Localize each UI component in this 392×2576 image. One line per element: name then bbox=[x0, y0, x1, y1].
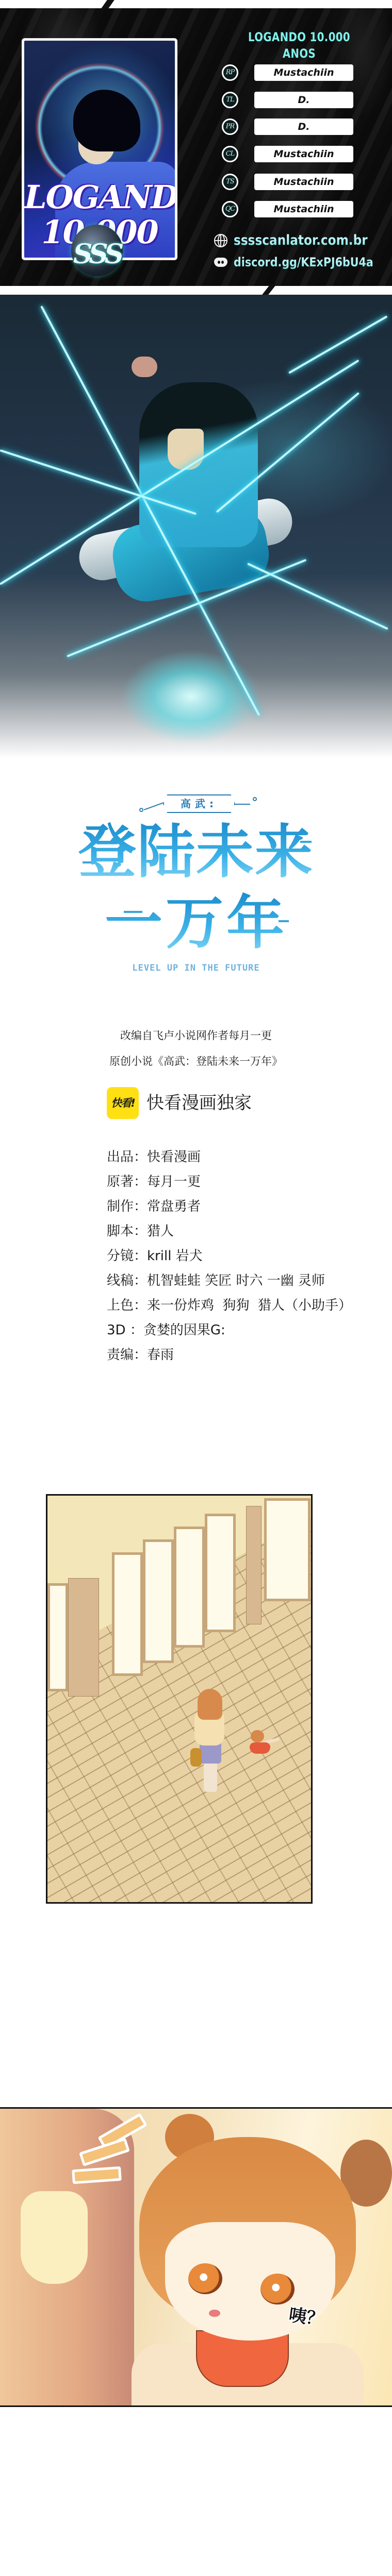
publisher-exclusive-label: 快看漫画独家 bbox=[146, 1091, 252, 1115]
adaptation-note: 改编自飞卢小说网作者每月一更 bbox=[0, 1028, 392, 1043]
shop-window bbox=[47, 1583, 68, 1691]
child-character bbox=[249, 1730, 280, 1761]
kuaikan-logo: 快看! bbox=[107, 1087, 139, 1119]
lightning-bolt bbox=[288, 315, 388, 374]
series-title-line1: LOGANDO 10.000 ANOS bbox=[232, 29, 367, 62]
title-logo-subtitle: LEVEL UP IN THE FUTURE bbox=[0, 962, 392, 974]
title-logo-line2: 一万年 bbox=[0, 891, 392, 955]
staff-name: Mustachiin bbox=[254, 201, 353, 217]
staff-name: Mustachiin bbox=[254, 146, 353, 162]
website-link[interactable]: sssscanlator.com.br bbox=[214, 234, 389, 247]
staff-name: D. bbox=[254, 118, 353, 135]
shop-window bbox=[264, 1498, 311, 1601]
credit-line: 上色：来一份炸鸡 狗狗 猎人（小助手） bbox=[107, 1293, 352, 1318]
girl-eye bbox=[188, 2263, 222, 2294]
credit-line: 原著：每月一更 bbox=[107, 1170, 352, 1194]
girl-mouth bbox=[209, 2310, 220, 2317]
role-badge: TL bbox=[222, 92, 238, 108]
credit-line: 脚本：猎人 bbox=[107, 1219, 352, 1244]
circuit-wire bbox=[144, 802, 164, 810]
shop-window bbox=[143, 1539, 174, 1663]
circuit-wire bbox=[235, 804, 250, 805]
handbag bbox=[190, 1748, 202, 1767]
role-badge: PR bbox=[222, 118, 238, 135]
title-logo-line1: 登陆未来 bbox=[0, 820, 392, 884]
production-credits: 出品：快看漫画 原著：每月一更 制作：常盘勇者 脚本：猎人 分镜：krill 岩… bbox=[107, 1145, 352, 1367]
credit-line: 制作：常盘勇者 bbox=[107, 1194, 352, 1219]
credit-line: 责编：春雨 bbox=[107, 1343, 352, 1367]
lightning-bolt bbox=[247, 563, 388, 630]
building-pillar bbox=[68, 1578, 99, 1697]
shop-window bbox=[205, 1514, 236, 1632]
adult-hand bbox=[21, 2191, 88, 2284]
shop-window bbox=[174, 1527, 205, 1648]
discord-icon bbox=[214, 258, 227, 267]
original-novel-note: 原创小说《高武：登陆未来一万年》 bbox=[0, 1054, 392, 1069]
credit-line: 出品：快看漫画 bbox=[107, 1145, 352, 1170]
staff-name: D. bbox=[254, 92, 353, 108]
staff-name: Mustachiin bbox=[254, 174, 353, 190]
circuit-node-icon bbox=[253, 797, 257, 801]
building-pillar bbox=[246, 1506, 262, 1624]
globe-icon bbox=[214, 234, 227, 247]
discord-link-text[interactable]: discord.gg/KExPJ6bU4a bbox=[234, 256, 373, 269]
credit-line: 线稿：机智蛙蛙 笑匠 时六 一幽 灵师 bbox=[107, 1268, 352, 1293]
staff-row-tl: TL D. bbox=[222, 92, 356, 108]
role-badge: CL bbox=[222, 146, 238, 162]
shop-window bbox=[112, 1552, 143, 1676]
staff-row-qc: QC Mustachiin bbox=[222, 201, 356, 217]
staff-row-rp: RP Mustachiin bbox=[222, 64, 356, 81]
street-scene-panel bbox=[46, 1494, 313, 1904]
discord-link[interactable]: discord.gg/KExPJ6bU4a bbox=[214, 256, 392, 269]
girl-closeup-panel: 咦？ bbox=[0, 2107, 392, 2407]
mother-character bbox=[194, 1689, 225, 1792]
title-logo: 高武: 登陆未来 一万年 LEVEL UP IN THE FUTURE bbox=[0, 773, 392, 979]
scanlation-credits-panel: LOGANDO 10.000 SSS LOGANDO 10.000 ANOS N… bbox=[0, 8, 392, 286]
website-link-text[interactable]: sssscanlator.com.br bbox=[234, 234, 368, 247]
role-badge: RP bbox=[222, 64, 238, 81]
lightning-splash-panel bbox=[0, 295, 392, 758]
hero-face bbox=[168, 429, 204, 470]
cover-hero-hair bbox=[73, 90, 140, 151]
hero-fist bbox=[132, 357, 157, 377]
title-logo-badge: 高武: bbox=[163, 794, 235, 813]
girl-eye bbox=[260, 2274, 295, 2304]
panel-divider-slash bbox=[262, 284, 276, 295]
staff-row-pr: PR D. bbox=[222, 118, 356, 135]
staff-name: Mustachiin bbox=[254, 64, 353, 81]
staff-row-ts: TS Mustachiin bbox=[222, 174, 356, 190]
role-badge: TS bbox=[222, 174, 238, 190]
staff-row-cl: CL Mustachiin bbox=[222, 146, 356, 162]
credit-line: 3D ：贪婪的因果G: bbox=[107, 1318, 352, 1343]
credit-line: 分镜：krill 岩犬 bbox=[107, 1244, 352, 1268]
circuit-node-icon bbox=[139, 808, 143, 812]
group-logo: SSS bbox=[61, 239, 133, 270]
role-badge: QC bbox=[222, 201, 238, 217]
